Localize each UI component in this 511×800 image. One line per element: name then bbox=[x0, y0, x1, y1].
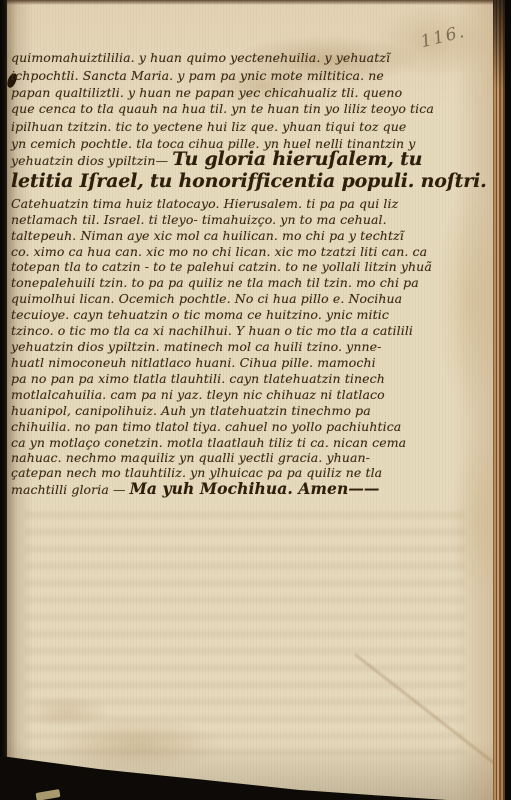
manuscript-line-segment: machtilli gloria — bbox=[11, 482, 130, 497]
manuscript-line: papan qualtiliztli. y huan ne papan yec … bbox=[11, 85, 402, 100]
manuscript-line-segment: Ma yuh Mochihua. Amen—— bbox=[130, 479, 380, 498]
manuscript-line: yehuatzin dios ypiltzin. matinech mol ca… bbox=[11, 339, 381, 354]
manuscript-line: ca yn motlaço conetzin. motla tlaatlauh … bbox=[11, 435, 406, 450]
manuscript-line: ichpochtli. Sancta Maria. y pam pa ynic … bbox=[11, 68, 384, 83]
manuscript-line: tzinco. o tic mo tla ca xi nachilhui. Y … bbox=[11, 323, 413, 338]
manuscript-line: motlalcahuilia. cam pa ni yaz. tleyn nic… bbox=[11, 387, 385, 402]
manuscript-line-segment: yehuatzin dios ypiltzin— bbox=[11, 153, 172, 168]
manuscript-line: letitia Iſrael, tu honorifficentia popul… bbox=[11, 170, 487, 192]
manuscript-line: quimolhui lican. Ocemich pochtle. No ci … bbox=[11, 291, 402, 306]
manuscript-line: co. ximo ca hua can. xic mo no chi lican… bbox=[11, 244, 427, 259]
manuscript-scan: 116. quimomahuiztililia. y huan quimo ye… bbox=[0, 0, 511, 800]
manuscript-line: quimomahuiztililia. y huan quimo yectene… bbox=[11, 50, 390, 65]
manuscript-line: pa no pan pa ximo tlatla tlauhtili. cayn… bbox=[11, 371, 385, 386]
manuscript-line: ipilhuan tzitzin. tic to yectene hui liz… bbox=[11, 119, 406, 134]
manuscript-line: netlamach til. Israel. ti tleyo- timahui… bbox=[11, 212, 387, 227]
manuscript-line: huatl nimoconeuh nitlatlaco huani. Cihua… bbox=[11, 355, 376, 370]
manuscript-line: totepan tla to catzin - to te palehui ca… bbox=[11, 259, 432, 274]
manuscript-text-block: quimomahuiztililia. y huan quimo yectene… bbox=[0, 0, 489, 800]
manuscript-line: taltepeuh. Niman aye xic mol ca huilican… bbox=[11, 228, 404, 243]
manuscript-line: tecuioye. cayn tehuatzin o tic moma ce h… bbox=[11, 307, 389, 322]
manuscript-line: nahuac. nechmo maquiliz yn qualli yectli… bbox=[11, 450, 370, 465]
manuscript-line: huanipol, canipolihuiz. Auh yn tlatehuat… bbox=[11, 403, 371, 418]
manuscript-line: tonepalehuili tzin. to pa pa quiliz ne t… bbox=[11, 275, 419, 290]
manuscript-line: machtilli gloria — Ma yuh Mochihua. Amen… bbox=[11, 479, 380, 498]
manuscript-line: yehuatzin dios ypiltzin— Tu gloria hieru… bbox=[11, 148, 422, 170]
manuscript-line: çatepan nech mo tlauhtiliz. yn ylhuicac … bbox=[11, 465, 382, 480]
binding-gutter-strip bbox=[0, 0, 7, 800]
right-background-strip bbox=[505, 0, 511, 800]
manuscript-line-segment: Tu gloria hieruſalem, tu bbox=[172, 148, 422, 170]
manuscript-line: chihuilia. no pan timo tlatol tiya. cahu… bbox=[11, 419, 401, 434]
manuscript-line: Catehuatzin tima huiz tlatocayo. Hierusa… bbox=[11, 196, 398, 211]
manuscript-line: que cenca to tla quauh na hua til. yn te… bbox=[11, 101, 434, 116]
